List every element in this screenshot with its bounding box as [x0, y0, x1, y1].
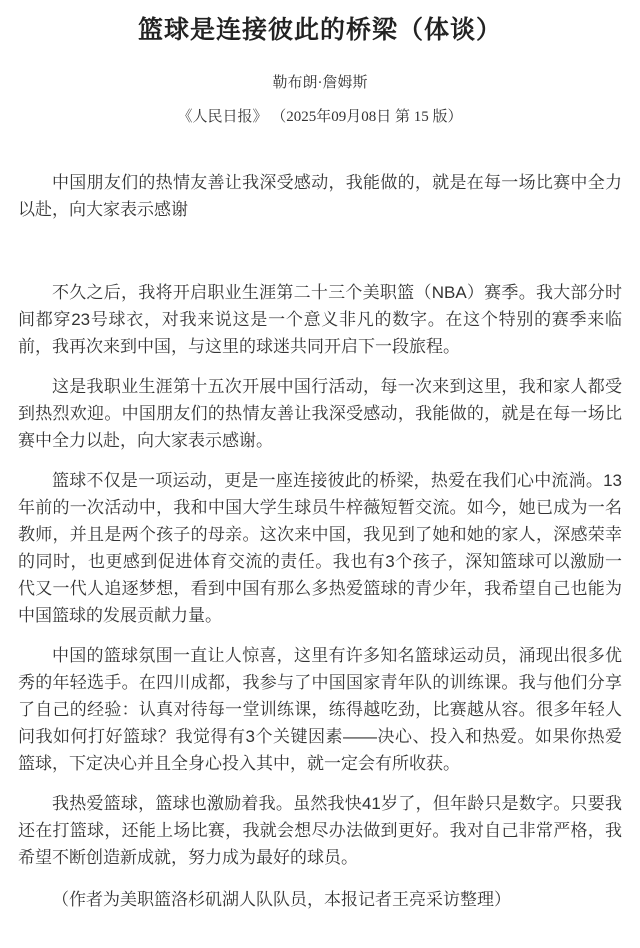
body-paragraph-3: 篮球不仅是一项运动，更是一座连接彼此的桥梁，热爱在我们心中流淌。13年前的一次活… [18, 467, 622, 629]
article-page: { "article": { "title": "篮球是连接彼此的桥梁（体谈）"… [0, 0, 640, 948]
article-source-line: 《人民日报》 （2025年09月08日 第 15 版） [18, 107, 622, 127]
body-paragraph-1: 不久之后，我将开启职业生涯第二十三个美职篮（NBA）赛季。我大部分时间都穿23号… [18, 279, 622, 360]
article-container: 篮球是连接彼此的桥梁（体谈） 勒布朗·詹姆斯 《人民日报》 （2025年09月0… [0, 0, 640, 948]
body-paragraph-2: 这是我职业生涯第十五次开展中国行活动，每一次来到这里，我和家人都受到热烈欢迎。中… [18, 373, 622, 454]
body-paragraph-5: 我热爱篮球，篮球也激励着我。虽然我快41岁了，但年龄只是数字。只要我还在打篮球，… [18, 790, 622, 871]
author-attribution-note: （作者为美职篮洛杉矶湖人队队员，本报记者王亮采访整理） [18, 886, 622, 913]
article-title: 篮球是连接彼此的桥梁（体谈） [18, 13, 622, 48]
article-author: 勒布朗·詹姆斯 [18, 74, 622, 92]
body-paragraph-4: 中国的篮球氛围一直让人惊喜，这里有许多知名篮球运动员，涌现出很多优秀的年轻选手。… [18, 642, 622, 777]
lead-paragraph: 中国朋友们的热情友善让我深受感动，我能做的，就是在每一场比赛中全力以赴，向大家表… [18, 169, 622, 223]
